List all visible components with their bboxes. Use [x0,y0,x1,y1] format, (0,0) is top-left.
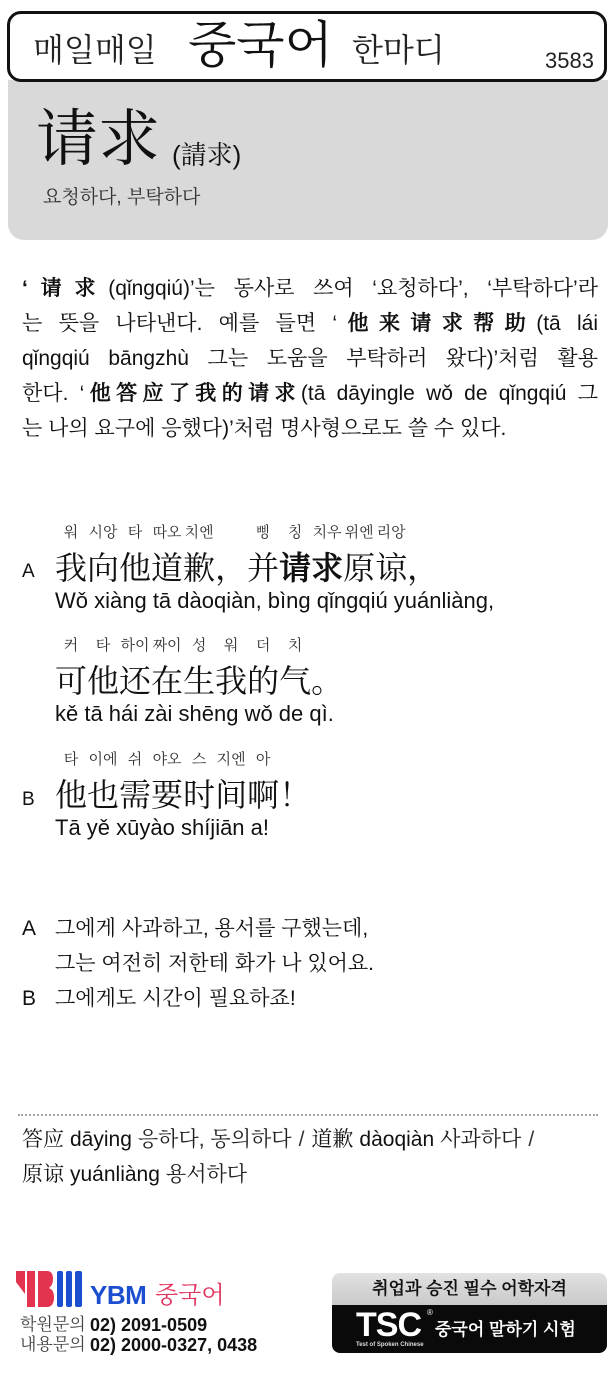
vocab-entry: 答应dāying응하다, 동의하다 [22,1128,292,1151]
hanzi-char: 还 [119,665,151,697]
dialogue-token: 치气 [279,637,311,697]
vocab-pinyin: yuánliàng [70,1163,160,1186]
dialogue-line-a2: 커可 타他 하이还 짜이在 성生 워我 더的 치气 。 kě tā hái zà… [55,637,343,726]
text-segment: 한다. ‘ [22,382,84,405]
vocab-hanzi: 答应 [22,1128,64,1151]
contact-phone: 02) 2000-0327, 0438 [90,1335,257,1355]
ybm-logo-icon [16,1271,83,1307]
dialogue-token: 타他 [87,637,119,697]
tsc-tagline: 취업과 승진 필수 어학자격 [332,1273,607,1305]
pinyin-line: kě tā hái zài shēng wǒ de qì. [55,701,343,726]
vocab-pinyin: dāying [70,1128,132,1151]
punctuation: ， [407,552,439,584]
example-segment: 他来请求帮助 [337,312,536,335]
brand-name: YBM [90,1282,146,1308]
punctuation: 。 [311,665,343,697]
hanzi-char: 要 [151,779,183,811]
korean-phonetic: 시앙 [89,524,118,541]
hanzi-char: 他 [87,665,119,697]
hanzi-char: 气 [279,665,311,697]
korean-phonetic: 지엔 [217,751,246,768]
korean-phonetic: 더 [256,637,271,654]
dialogue-token: 이에也 [87,751,119,811]
dialogue-token: 쉬需 [119,751,151,811]
tsc-logo: TSC [356,1308,421,1342]
korean-phonetic: 리앙 [377,524,406,541]
hanzi-char: 也 [87,779,119,811]
dialogue-token: 스时 [183,751,215,811]
explanation-line: 는 나의 요구에 응했다)’처럼 명사형으로도 쓸 수 있다. [22,411,598,446]
punctuation: ， [215,552,247,584]
korean-phonetic: 워 [64,524,79,541]
dialogue-token: 워我 [55,524,87,584]
hanzi-char: 的 [247,665,279,697]
tsc-logo-caption: Test of Spoken Chinese [356,1342,424,1349]
korean-phonetic: 성 [192,637,207,654]
headword-meaning: 요청하다, 부탁하다 [43,188,200,208]
korean-phonetic: 이에 [89,751,118,768]
vocab-meaning: 사과하다 [440,1128,521,1151]
korean-phonetic: 짜이 [153,637,182,654]
vocabulary-block: 答应dāying응하다, 동의하다/道歉dàoqiàn사과하다/ 原谅yuánl… [22,1122,602,1192]
dialogue-token: 리앙谅 [375,524,407,584]
dialogue-line-b: 타他 이에也 쉬需 야오要 스时 지엔间 아啊 ！ Tā yě xūyào sh… [55,751,311,840]
hanzi-char: 他 [55,779,87,811]
dialogue-token: 아啊 [247,751,279,811]
korean-phonetic: 워 [224,637,239,654]
example-segment: 他答应了我的请求 [84,382,301,405]
korean-phonetic: 타 [96,637,111,654]
translation-row: 그는 여전히 저한테 화가 나 있어요. [22,946,598,981]
vocab-meaning: 응하다, 동의하다 [138,1128,292,1151]
dialogue-token: ， [407,524,439,584]
dialogue-line-a1: 워我 시앙向 타他 따오道 치엔歉 ， 삥并 칭请 치우求 위엔原 리앙谅 ， … [55,524,494,613]
contact-academy: 학원문의 02) 2091-0509 [20,1315,320,1335]
keyword-segment: 请求 [28,277,108,300]
tsc-title: 중국어 말하기 시험 [435,1319,576,1341]
dialogue-token: 야오要 [151,751,183,811]
explanation-line: qǐngqiú bāngzhù 그는 도움을 부탁하러 왔다)’처럼 활용 [22,341,598,376]
dialogue-token: 시앙向 [87,524,119,584]
dialogue-token: 칭请 [279,524,311,584]
korean-phonetic: 삥 [256,524,271,541]
korean-phonetic: 타 [128,524,143,541]
korean-phonetic: 쉬 [128,751,143,768]
korean-phonetic: 따오 [153,524,182,541]
registered-mark-icon: ® [427,1309,433,1317]
headword-traditional: (請求) [172,141,241,169]
pinyin-line: Wǒ xiàng tā dàoqiàn, bìng qǐngqiú yuánli… [55,588,494,613]
hanzi-char: 我 [55,552,87,584]
hanzi-char: 时 [183,779,215,811]
vocab-line: 答应dāying응하다, 동의하다/道歉dàoqiàn사과하다/ [22,1122,602,1157]
translation-text: 그에게 사과하고, 용서를 구했는데, [55,911,368,946]
title-banner: 매일매일 중국어 한마디 3583 [7,11,607,82]
hanzi-row: 워我 시앙向 타他 따오道 치엔歉 ， 삥并 칭请 치우求 위엔原 리앙谅 ， [55,524,494,584]
vocab-meaning: 용서하다 [166,1163,247,1186]
korean-phonetic: 치우 [313,524,342,541]
issue-number: 3583 [545,50,594,72]
dialogue-token: ， [215,524,247,584]
dialogue-token: 타他 [55,751,87,811]
hanzi-char: 谅 [375,552,407,584]
korean-phonetic: 스 [192,751,207,768]
korean-phonetic: 치 [288,637,303,654]
hanzi-char: 并 [247,552,279,584]
pinyin-line: Tā yě xūyào shíjiān a! [55,815,311,840]
dialogue-token: 짜이在 [151,637,183,697]
translation-row: B 그에게도 시간이 필요하죠! [22,981,598,1016]
korean-phonetic: 아 [256,751,271,768]
vocab-line: 原谅yuánliàng용서하다 [22,1157,602,1192]
hanzi-char: 间 [215,779,247,811]
dialogue-token: 치엔歉 [183,524,215,584]
dialogue-token: 커可 [55,637,87,697]
korean-phonetic: 하이 [121,637,150,654]
hanzi-char: 啊 [247,779,279,811]
contact-content: 내용문의 02) 2000-0327, 0438 [20,1335,320,1355]
hanzi-char: 他 [119,552,151,584]
dialogue-token: 타他 [119,524,151,584]
punctuation: ！ [279,779,311,811]
brand-subtitle: 중국어 [155,1283,225,1309]
translation-block: A 그에게 사과하고, 용서를 구했는데, 그는 여전히 저한테 화가 나 있어… [22,911,598,1016]
dotted-divider [18,1114,598,1116]
dialogue-token: 워我 [215,637,247,697]
hanzi-char: 需 [119,779,151,811]
headword-hanzi: 请求 [36,108,160,170]
text-segment: (tā lái [536,312,598,335]
tsc-banner: TSC ® Test of Spoken Chinese 중국어 말하기 시험 [332,1305,607,1353]
dialogue-token: 치우求 [311,524,343,584]
vocab-entry: 原谅yuánliàng용서하다 [22,1163,247,1186]
speaker-label-b: B [22,790,35,810]
korean-phonetic: 야오 [153,751,182,768]
translation-text: 그에게도 시간이 필요하죠! [55,981,296,1016]
korean-phonetic: 치엔 [185,524,214,541]
title-prefix: 매일매일 [33,34,157,66]
text-segment: qǐngqiú bāngzhù 그는 도움을 부탁하러 왔다)’처럼 활용 [22,347,598,370]
hanzi-char: 可 [55,665,87,697]
explanation-line: ‘请求(qǐngqiú)’는 동사로 쓰여 ‘요청하다’, ‘부탁하다’라 [22,271,598,306]
keyword-char: 求 [311,552,343,584]
text-segment: 는 나의 요구에 응했다)’처럼 명사형으로도 쓸 수 있다. [22,417,506,440]
vocab-pinyin: dàoqiàn [359,1128,434,1151]
vocab-entry: 道歉dàoqiàn사과하다 [311,1128,521,1151]
explanation-line: 한다. ‘他答应了我的请求(tā dāyingle wǒ de qǐngqiú … [22,376,598,411]
hanzi-char: 原 [343,552,375,584]
text-segment: (qǐngqiú)’는 동사로 쓰여 ‘요청하다’, ‘부탁하다’라 [108,277,598,300]
explanation-line: 는 뜻을 나타낸다. 예를 들면 ‘他来请求帮助(tā lái [22,306,598,341]
hanzi-char: 生 [183,665,215,697]
dialogue-token: 하이还 [119,637,151,697]
dialogue-token: 더的 [247,637,279,697]
vocab-hanzi: 原谅 [22,1163,64,1186]
translation-row: A 그에게 사과하고, 용서를 구했는데, [22,911,598,946]
hanzi-char: 我 [215,665,247,697]
dialogue-token: 성生 [183,637,215,697]
korean-phonetic: 칭 [288,524,303,541]
contact-phone: 02) 2091-0509 [90,1315,207,1335]
korean-phonetic: 타 [64,751,79,768]
dialogue-token: 따오道 [151,524,183,584]
dialogue-token: 삥并 [247,524,279,584]
dialogue-token: ！ [279,751,311,811]
hanzi-char: 道 [151,552,183,584]
vocab-separator: / [299,1128,305,1151]
tsc-badge: 취업과 승진 필수 어학자격 TSC ® Test of Spoken Chin… [332,1273,607,1353]
text-segment: (tā dāyingle wǒ de qǐngqiú 그 [301,382,598,405]
korean-phonetic: 커 [64,637,79,654]
text-segment: 는 뜻을 나타낸다. 예를 들면 ‘ [22,312,337,335]
dialogue-token: 지엔间 [215,751,247,811]
korean-phonetic: 위엔 [345,524,374,541]
vocab-separator: / [528,1128,534,1151]
hanzi-row: 커可 타他 하이还 짜이在 성生 워我 더的 치气 。 [55,637,343,697]
speaker-label: A [22,911,52,946]
title-main: 중국어 [188,20,333,70]
hanzi-row: 타他 이에也 쉬需 야오要 스时 지엔间 아啊 ！ [55,751,311,811]
vocab-hanzi: 道歉 [311,1128,353,1151]
dialogue-token: 위엔原 [343,524,375,584]
speaker-label: B [22,981,52,1016]
title-suffix: 한마디 [352,34,445,66]
hanzi-char: 向 [87,552,119,584]
hanzi-char: 在 [151,665,183,697]
explanation-paragraph: ‘请求(qǐngqiú)’는 동사로 쓰여 ‘요청하다’, ‘부탁하다’라 는 … [22,271,598,446]
translation-text: 그는 여전히 저한테 화가 나 있어요. [55,946,374,981]
dialogue-token: 。 [311,637,343,697]
contact-label: 학원문의 [20,1315,86,1335]
speaker-label-a: A [22,562,35,582]
hanzi-char: 歉 [183,552,215,584]
keyword-char: 请 [279,552,311,584]
contact-label: 내용문의 [20,1335,86,1355]
